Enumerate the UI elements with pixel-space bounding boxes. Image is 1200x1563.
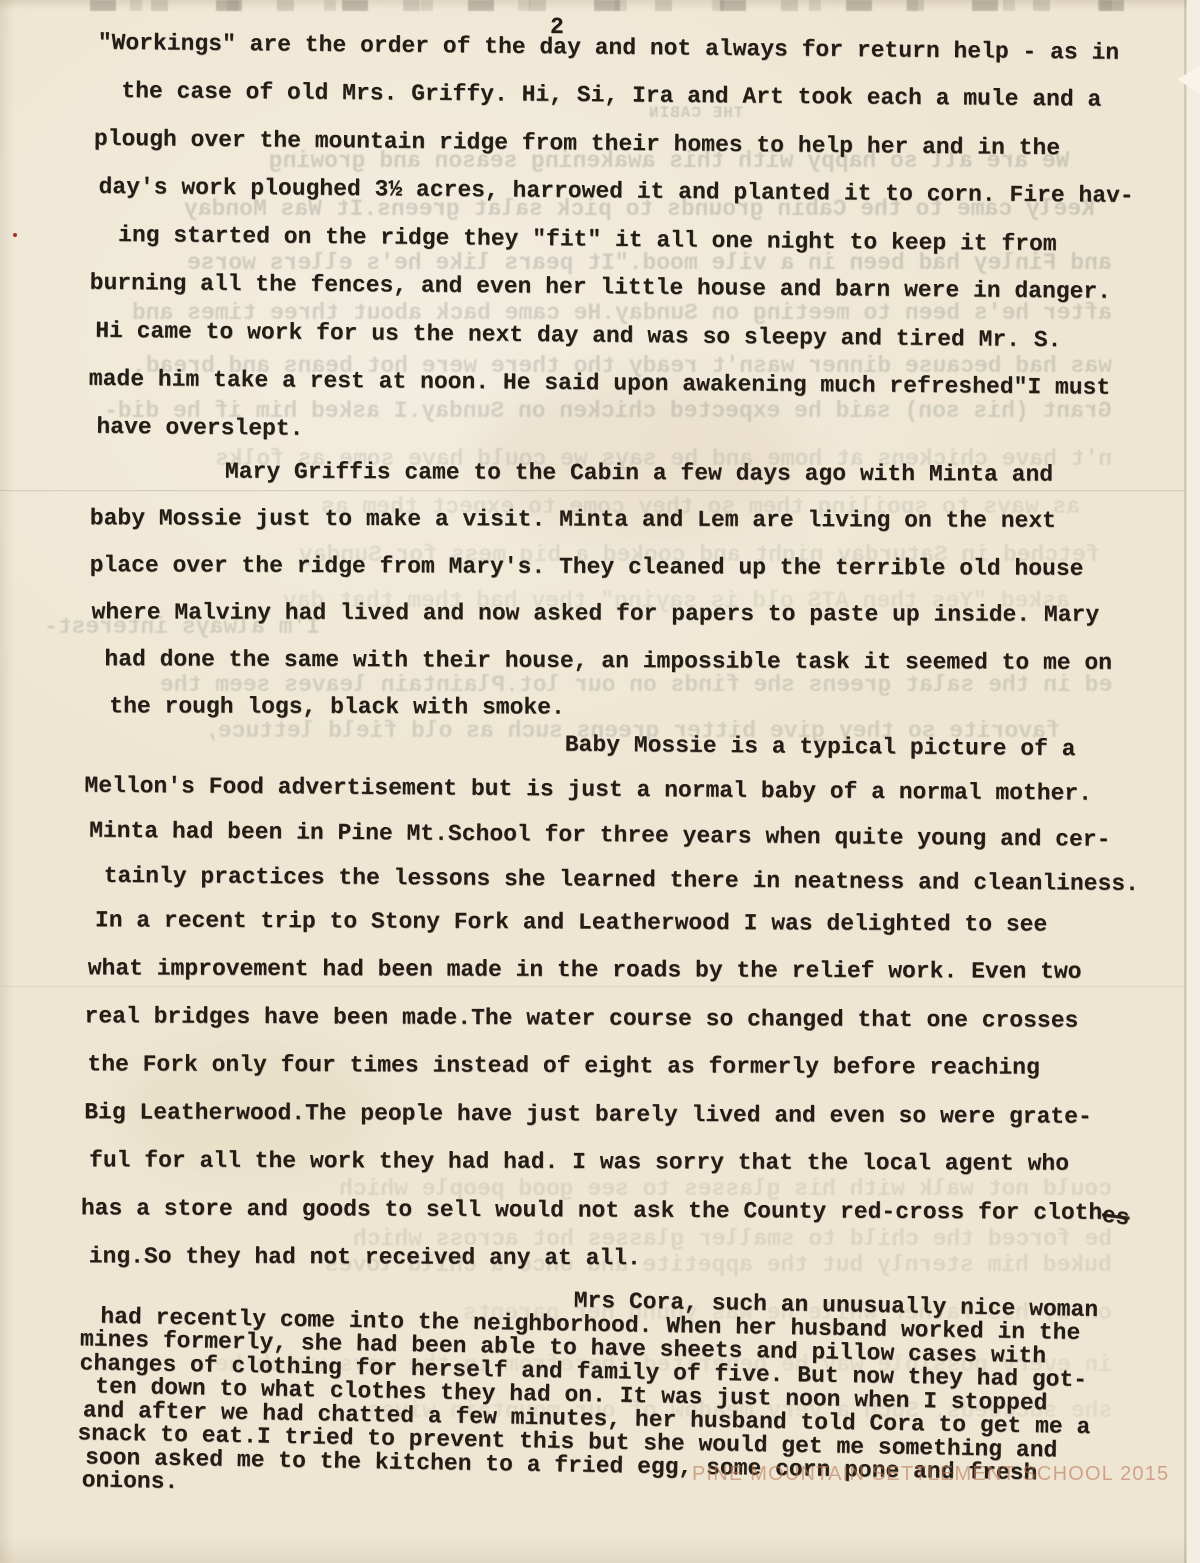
archive-watermark: PINE MOUNTAIN SETTLEMENT SCHOOL 2015 — [692, 1463, 1169, 1486]
typed-line: Mary Griffis came to the Cabin a few day… — [225, 449, 1200, 500]
typed-line: In a recent trip to Stony Fork and Leath… — [95, 896, 1200, 949]
typed-line: ful for all the work they had had. I was… — [89, 1136, 1199, 1188]
typed-line: ing.So they had not received any at all. — [89, 1232, 1199, 1284]
typed-line: real bridges have been made.The water co… — [84, 992, 1199, 1045]
top-edge-print-remnants — [90, 0, 1130, 11]
paragraph-1: "Workings" are the order of the day and … — [0, 18, 1200, 460]
typed-text: has a store and goods to sell would not … — [81, 1195, 1102, 1226]
typed-line: Big Leatherwood.The people have just bar… — [84, 1088, 1199, 1141]
typed-line: Baby Mossie is a typical picture of a — [565, 723, 1200, 774]
typed-line: had done the same with their house, an i… — [104, 636, 1199, 687]
struck-text: es — [1099, 1191, 1132, 1242]
paragraph-3: Baby Mossie is a typical picture of a Me… — [0, 718, 1200, 907]
typed-line: where Malviny had lived and now asked fo… — [92, 589, 1200, 639]
paragraph-4: In a recent trip to Stony Fork and Leath… — [0, 896, 1200, 1284]
scanned-letter-page: THE CABIN We are all so happy with this … — [0, 0, 1200, 1563]
paragraph-2: Mary Griffis came to the Cabin a few day… — [0, 448, 1200, 733]
typed-line: the Fork only four times instead of eigh… — [87, 1040, 1199, 1092]
typed-line: place over the ridge from Mary's. They c… — [90, 542, 1200, 593]
typed-line: baby Mossie just to make a visit. Minta … — [90, 495, 1200, 545]
typed-line: has a store and goods to sell would not … — [81, 1184, 1199, 1237]
typed-line: what improvement had been made in the ro… — [88, 944, 1200, 996]
